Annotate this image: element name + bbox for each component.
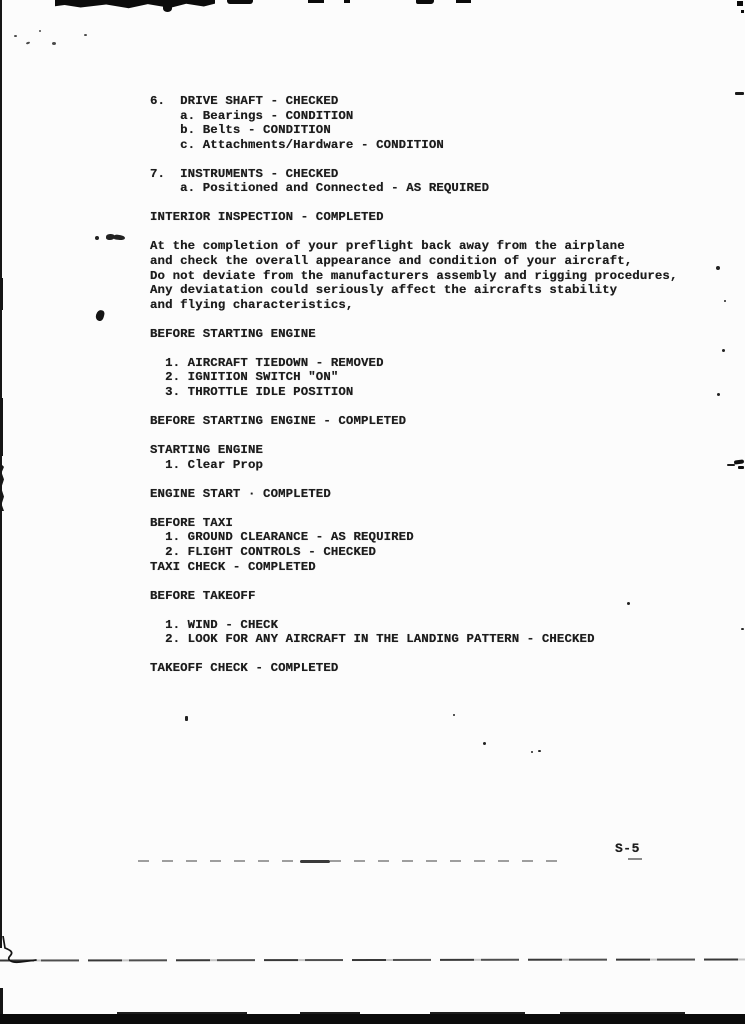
text-line: STARTING ENGINE <box>150 443 678 458</box>
text-line: 1. Clear Prop <box>150 458 678 473</box>
text-line: 6. DRIVE SHAFT - CHECKED <box>150 94 678 109</box>
scan-torn-top-dash <box>416 0 434 4</box>
text-line <box>150 225 678 240</box>
scan-edge-blob <box>0 278 3 310</box>
ink-speck <box>483 742 486 745</box>
scan-torn-top-bar <box>163 5 172 12</box>
text-line <box>150 501 678 516</box>
scan-edge-blob <box>0 463 4 511</box>
ink-speck <box>735 92 744 95</box>
scan-squiggle-mark <box>738 466 744 469</box>
pencil-speck <box>84 34 87 36</box>
ink-speck <box>453 714 455 716</box>
scan-bottom-edge-bar <box>0 1014 745 1024</box>
text-line <box>150 196 678 211</box>
scan-fold-line <box>0 958 745 961</box>
text-line: 1. GROUND CLEARANCE - AS REQUIRED <box>150 530 678 545</box>
ink-dot <box>95 309 105 322</box>
text-line: a. Positioned and Connected - AS REQUIRE… <box>150 181 678 196</box>
scan-squiggle-mark <box>734 459 744 464</box>
ink-dot <box>95 236 99 240</box>
page-number: S-5 <box>615 841 640 856</box>
checklist-text-block: 6. DRIVE SHAFT - CHECKED a. Bearings - C… <box>150 94 678 676</box>
ink-speck <box>722 349 725 352</box>
text-line: BEFORE STARTING ENGINE - COMPLETED <box>150 414 678 429</box>
text-line <box>150 603 678 618</box>
pencil-speck <box>39 30 41 32</box>
text-line: 2. IGNITION SWITCH "ON" <box>150 370 678 385</box>
page-number-underline <box>628 858 642 860</box>
text-line: 1. AIRCRAFT TIEDOWN - REMOVED <box>150 356 678 371</box>
text-line: TAKEOFF CHECK - COMPLETED <box>150 661 678 676</box>
text-line: 2. FLIGHT CONTROLS - CHECKED <box>150 545 678 560</box>
text-line <box>150 152 678 167</box>
scanned-document-page: 6. DRIVE SHAFT - CHECKED a. Bearings - C… <box>0 0 745 1024</box>
ink-speck <box>538 750 541 752</box>
text-line <box>150 341 678 356</box>
text-line <box>150 429 678 444</box>
scan-torn-top-dash <box>737 1 743 6</box>
text-line: c. Attachments/Hardware - CONDITION <box>150 138 678 153</box>
scan-torn-top-dash <box>308 0 324 3</box>
faint-dashed-rule-dark-segment <box>300 860 330 863</box>
text-line: ENGINE START · COMPLETED <box>150 487 678 502</box>
text-line <box>150 312 678 327</box>
text-line <box>150 647 678 662</box>
scan-squiggle-left <box>1 936 37 970</box>
ink-dot <box>114 234 126 240</box>
text-line: TAXI CHECK - COMPLETED <box>150 560 678 575</box>
text-line <box>150 472 678 487</box>
pencil-speck <box>14 35 17 37</box>
scan-torn-top-dash <box>344 0 350 3</box>
text-line: At the completion of your preflight back… <box>150 239 678 254</box>
text-line <box>150 574 678 589</box>
text-line: 7. INSTRUMENTS - CHECKED <box>150 167 678 182</box>
ink-speck <box>717 393 720 396</box>
text-line: Do not deviate from the manufacturers as… <box>150 269 678 284</box>
text-line: Any deviatation could seriously affect t… <box>150 283 678 298</box>
text-line: 1. WIND - CHECK <box>150 618 678 633</box>
scan-edge-blob <box>0 988 3 1016</box>
pencil-speck <box>52 42 56 45</box>
scan-torn-top-bar <box>55 0 215 9</box>
ink-speck <box>716 266 720 270</box>
pencil-speck <box>26 41 30 44</box>
text-line: b. Belts - CONDITION <box>150 123 678 138</box>
text-line: 2. LOOK FOR ANY AIRCRAFT IN THE LANDING … <box>150 632 678 647</box>
ink-speck <box>185 716 188 721</box>
text-line: a. Bearings - CONDITION <box>150 109 678 124</box>
text-line: BEFORE TAXI <box>150 516 678 531</box>
text-line: and check the overall appearance and con… <box>150 254 678 269</box>
text-line: 3. THROTTLE IDLE POSITION <box>150 385 678 400</box>
text-line: BEFORE TAKEOFF <box>150 589 678 604</box>
ink-speck <box>531 751 533 753</box>
scan-torn-top-dash <box>741 10 744 13</box>
ink-speck <box>724 300 726 302</box>
faint-dashed-rule <box>138 860 566 862</box>
ink-speck <box>741 628 744 630</box>
scan-torn-top-dash <box>456 0 471 3</box>
text-line: INTERIOR INSPECTION - COMPLETED <box>150 210 678 225</box>
scan-squiggle-mark <box>727 464 735 466</box>
scan-torn-top-dash <box>227 0 253 4</box>
text-line: BEFORE STARTING ENGINE <box>150 327 678 342</box>
text-line <box>150 399 678 414</box>
text-line: and flying characteristics, <box>150 298 678 313</box>
scan-edge-blob <box>0 398 3 456</box>
